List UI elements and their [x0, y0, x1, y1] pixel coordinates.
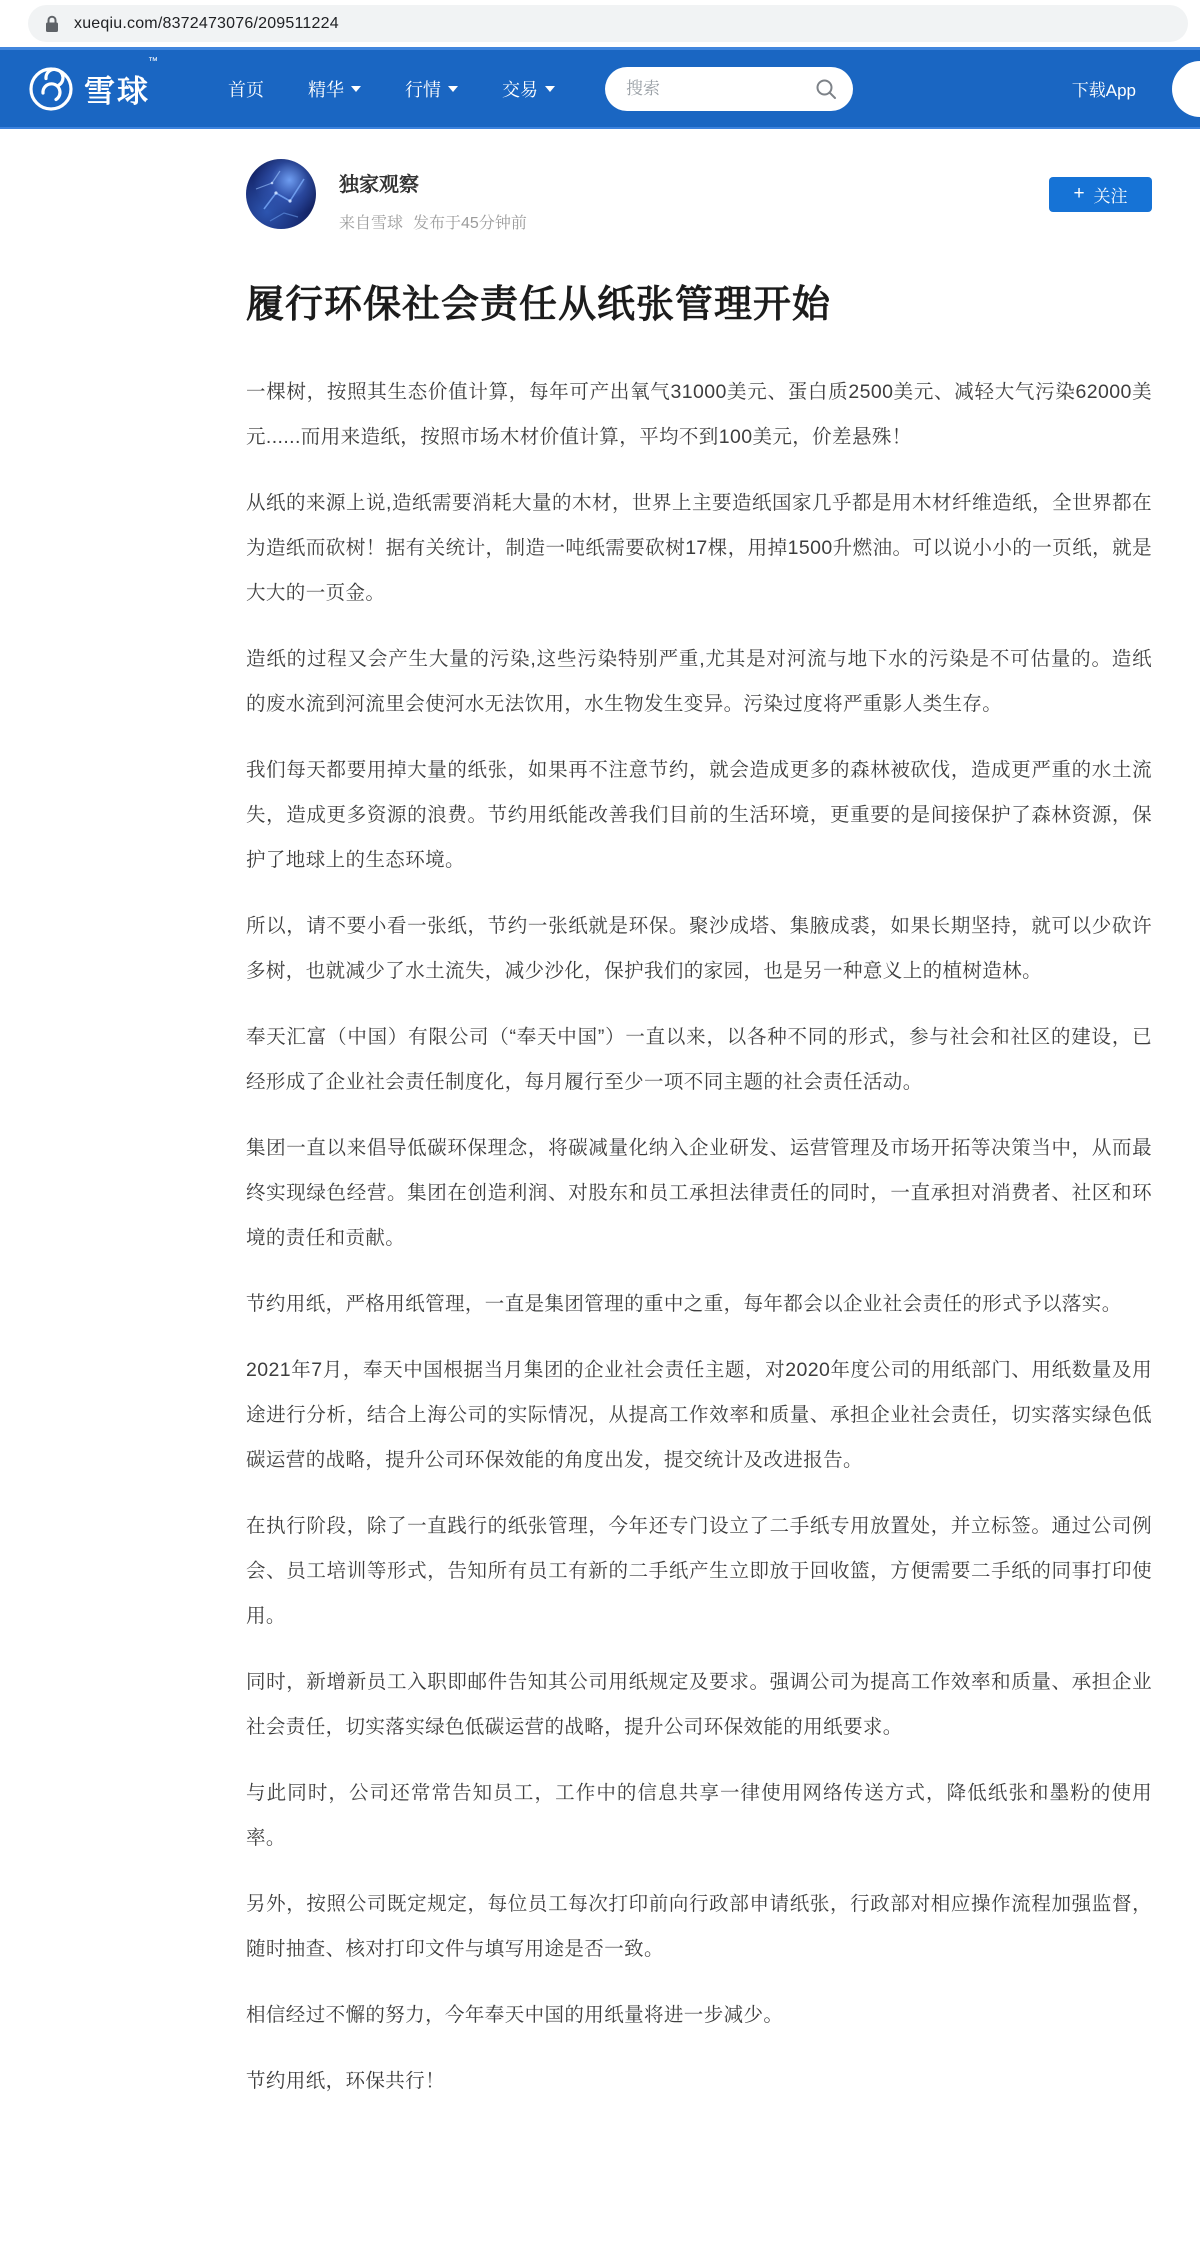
article: 独家观察 来自雪球发布于45分钟前 + 关注 履行环保社会责任从纸张管理开始 一… [246, 159, 1152, 2104]
nav-item-home[interactable]: 首页 [228, 76, 264, 102]
address-bar[interactable]: xueqiu.com/8372473076/209511224 [28, 5, 1188, 42]
article-paragraph: 2021年7月，奉天中国根据当月集团的企业社会责任主题，对2020年度公司的用纸… [246, 1348, 1152, 1483]
url-text: xueqiu.com/8372473076/209511224 [74, 15, 339, 33]
chevron-down-icon [351, 86, 361, 92]
nav-item-label: 交易 [502, 76, 538, 102]
author-meta: 来自雪球发布于45分钟前 [339, 210, 527, 233]
article-paragraph: 节约用纸，环保共行！ [246, 2059, 1152, 2104]
article-paragraph: 一棵树，按照其生态价值计算，每年可产出氧气31000美元、蛋白质2500美元、减… [246, 370, 1152, 460]
article-paragraph: 与此同时，公司还常常告知员工，工作中的信息共享一律使用网络传送方式，降低纸张和墨… [246, 1771, 1152, 1861]
xueqiu-logo[interactable]: 雪球™ [28, 66, 160, 112]
site-navbar: 雪球™ 首页 精华 行情 交易 下载App [0, 47, 1200, 129]
article-paragraph: 造纸的过程又会产生大量的污染,这些污染特别严重,尤其是对河流与地下水的污染是不可… [246, 637, 1152, 727]
logo-text: 雪球 [84, 74, 150, 109]
user-avatar-circle[interactable] [1172, 61, 1200, 117]
article-paragraph: 奉天汇富（中国）有限公司（“奉天中国”）一直以来，以各种不同的形式，参与社会和社… [246, 1015, 1152, 1105]
chevron-down-icon [448, 86, 458, 92]
author-avatar[interactable] [246, 159, 316, 229]
article-paragraph: 相信经过不懈的努力，今年奉天中国的用纸量将进一步减少。 [246, 1993, 1152, 2038]
article-header: 独家观察 来自雪球发布于45分钟前 + 关注 [246, 159, 1152, 233]
article-title: 履行环保社会责任从纸张管理开始 [246, 273, 1152, 328]
snowball-logo-icon [28, 66, 74, 112]
logo-trademark: ™ [148, 56, 158, 67]
author-info: 独家观察 来自雪球发布于45分钟前 [339, 159, 527, 233]
main-nav: 首页 精华 行情 交易 [228, 76, 555, 102]
browser-bar: xueqiu.com/8372473076/209511224 [0, 0, 1200, 47]
article-paragraph: 另外，按照公司既定规定，每位员工每次打印前向行政部申请纸张，行政部对相应操作流程… [246, 1882, 1152, 1972]
publish-time: 发布于45分钟前 [413, 215, 527, 232]
article-paragraph: 集团一直以来倡导低碳环保理念，将碳减量化纳入企业研发、运营管理及市场开拓等决策当… [246, 1126, 1152, 1261]
author-name[interactable]: 独家观察 [339, 168, 527, 197]
article-body: 一棵树，按照其生态价值计算，每年可产出氧气31000美元、蛋白质2500美元、减… [246, 370, 1152, 2104]
follow-label: 关注 [1094, 182, 1128, 207]
author-source: 来自雪球 [339, 215, 403, 232]
chevron-down-icon [545, 86, 555, 92]
article-paragraph: 同时，新增新员工入职即邮件告知其公司用纸规定及要求。强调公司为提高工作效率和质量… [246, 1660, 1152, 1750]
article-paragraph: 节约用纸，严格用纸管理，一直是集团管理的重中之重，每年都会以企业社会责任的形式予… [246, 1282, 1152, 1327]
plus-icon: + [1073, 183, 1084, 205]
article-paragraph: 所以，请不要小看一张纸，节约一张纸就是环保。聚沙成塔、集腋成裘，如果长期坚持，就… [246, 904, 1152, 994]
nav-item-label: 精华 [308, 76, 344, 102]
search-icon[interactable] [815, 78, 837, 100]
download-app-link[interactable]: 下载App [1072, 76, 1136, 101]
article-paragraph: 我们每天都要用掉大量的纸张，如果再不注意节约，就会造成更多的森林被砍伐，造成更严… [246, 748, 1152, 883]
nav-item-label: 首页 [228, 76, 264, 102]
search-box [605, 67, 853, 111]
nav-item-quotes[interactable]: 行情 [405, 76, 458, 102]
article-paragraph: 从纸的来源上说,造纸需要消耗大量的木材，世界上主要造纸国家几乎都是用木材纤维造纸… [246, 481, 1152, 616]
nav-item-label: 行情 [405, 76, 441, 102]
nav-item-trade[interactable]: 交易 [502, 76, 555, 102]
lock-icon [45, 15, 59, 33]
nav-item-highlights[interactable]: 精华 [308, 76, 361, 102]
follow-button[interactable]: + 关注 [1049, 177, 1152, 212]
article-paragraph: 在执行阶段，除了一直践行的纸张管理，今年还专门设立了二手纸专用放置处，并立标签。… [246, 1504, 1152, 1639]
